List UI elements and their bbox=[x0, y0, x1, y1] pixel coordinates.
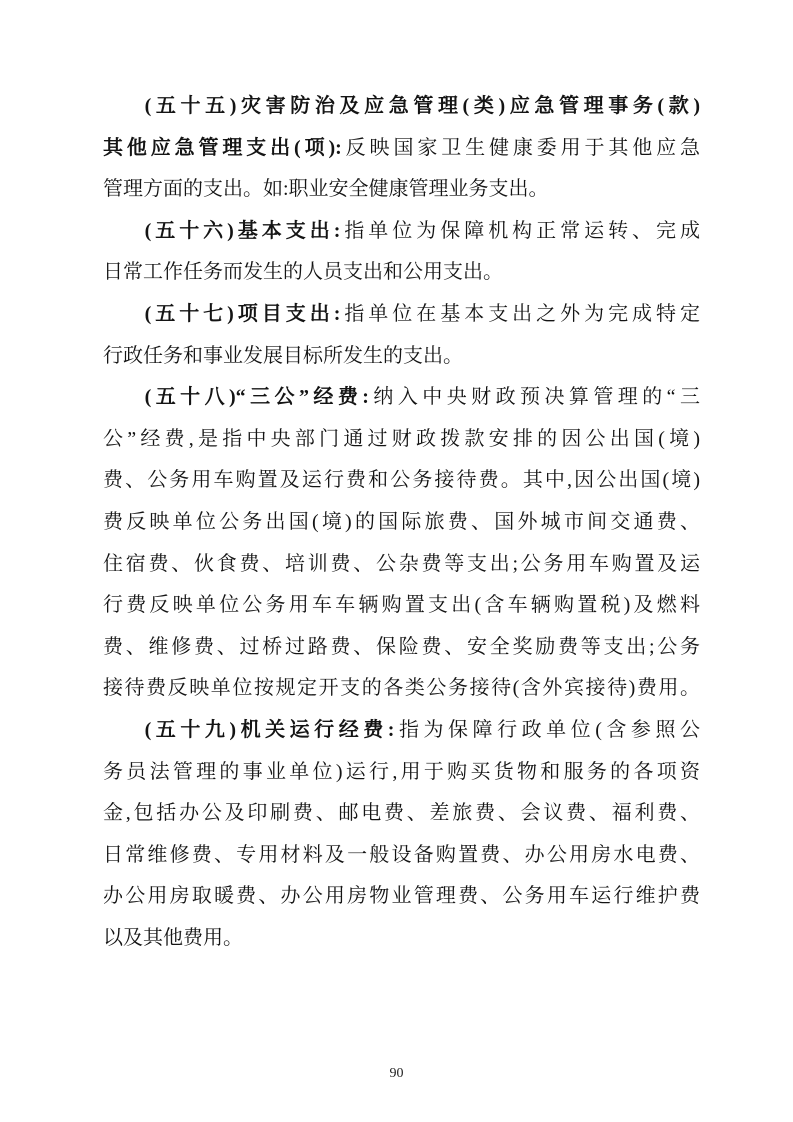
paragraph-body-text: 指单位在基本支出之外为完成特定 bbox=[340, 303, 700, 325]
paragraph-body-text: 管理方面的支出。如:职业安全健康管理业务支出。 bbox=[103, 178, 549, 200]
paragraph-body-text: 行费反映单位公务用车车辆购置支出(含车辆购置税)及燃料 bbox=[103, 594, 700, 616]
paragraph-body-text: 住宿费、伙食费、培训费、公杂费等支出;公务用车购置及运 bbox=[103, 553, 700, 575]
text-block: (五十五)灾害防治及应急管理(类)应急管理事务(款) 其他应急管理支出(项):反… bbox=[103, 86, 700, 959]
text-line: (五十九)机关运行经费:指为保障行政单位(含参照公 bbox=[103, 710, 700, 752]
text-line: (五十六)基本支出:指单位为保障机构正常运转、完成 bbox=[103, 211, 700, 253]
paragraph-body-text: 日常工作任务而发生的人员支出和公用支出。 bbox=[103, 261, 503, 283]
paragraph-lead-bold: (五十七)项目支出: bbox=[145, 303, 341, 325]
text-line: (五十八)“三公”经费:纳入中央财政预决算管理的“三 bbox=[103, 377, 700, 419]
paragraph-body-text: 接待费反映单位按规定开支的各类公务接待(含外宾接待)费用。 bbox=[103, 677, 700, 699]
page-number: 90 bbox=[0, 1066, 793, 1082]
paragraph-body-text: 行政任务和事业发展目标所发生的支出。 bbox=[103, 345, 463, 367]
text-line: 管理方面的支出。如:职业安全健康管理业务支出。 bbox=[103, 169, 700, 211]
text-line: 日常工作任务而发生的人员支出和公用支出。 bbox=[103, 252, 700, 294]
text-line: 行政任务和事业发展目标所发生的支出。 bbox=[103, 336, 700, 378]
paragraph-body-text: 务员法管理的事业单位)运行,用于购买货物和服务的各项资 bbox=[103, 761, 700, 783]
text-line: 费反映单位公务出国(境)的国际旅费、国外城市间交通费、 bbox=[103, 502, 700, 544]
paragraph-body-text: 以及其他费用。 bbox=[103, 927, 243, 949]
paragraph-lead-bold: (五十八)“三公”经费: bbox=[145, 386, 369, 408]
text-line: 行费反映单位公务用车车辆购置支出(含车辆购置税)及燃料 bbox=[103, 585, 700, 627]
text-line: (五十五)灾害防治及应急管理(类)应急管理事务(款) bbox=[103, 86, 700, 128]
paragraph-body-text: 费、公务用车购置及运行费和公务接待费。其中,因公出国(境) bbox=[103, 469, 700, 491]
paragraph-body-text: 办公用房取暖费、办公用房物业管理费、公务用车运行维护费 bbox=[103, 885, 700, 907]
text-line: 住宿费、伙食费、培训费、公杂费等支出;公务用车购置及运 bbox=[103, 544, 700, 586]
text-line: 日常维修费、专用材料及一般设备购置费、办公用房水电费、 bbox=[103, 835, 700, 877]
paragraph-body-text: 金,包括办公及印刷费、邮电费、差旅费、会议费、福利费、 bbox=[103, 802, 700, 824]
paragraph-lead-bold: (五十六)基本支出: bbox=[145, 220, 341, 242]
paragraph-body-text: 费反映单位公务出国(境)的国际旅费、国外城市间交通费、 bbox=[103, 511, 700, 533]
text-line: 务员法管理的事业单位)运行,用于购买货物和服务的各项资 bbox=[103, 752, 700, 794]
text-line: 费、维修费、过桥过路费、保险费、安全奖励费等支出;公务 bbox=[103, 627, 700, 669]
paragraph-body-text: 反映国家卫生健康委用于其他应急 bbox=[342, 137, 700, 159]
text-line: (五十七)项目支出:指单位在基本支出之外为完成特定 bbox=[103, 294, 700, 336]
paragraph-body-text: 公”经费,是指中央部门通过财政拨款安排的因公出国(境) bbox=[103, 428, 700, 450]
text-line: 公”经费,是指中央部门通过财政拨款安排的因公出国(境) bbox=[103, 419, 700, 461]
text-line: 其他应急管理支出(项):反映国家卫生健康委用于其他应急 bbox=[103, 128, 700, 170]
text-line: 办公用房取暖费、办公用房物业管理费、公务用车运行维护费 bbox=[103, 876, 700, 918]
paragraph-body-text: 费、维修费、过桥过路费、保险费、安全奖励费等支出;公务 bbox=[103, 636, 700, 658]
paragraph-lead-bold: (五十五)灾害防治及应急管理(类)应急管理事务(款) bbox=[145, 95, 700, 117]
paragraph-body-text: 指为保障行政单位(含参照公 bbox=[394, 719, 700, 741]
document-page: (五十五)灾害防治及应急管理(类)应急管理事务(款) 其他应急管理支出(项):反… bbox=[0, 0, 793, 1122]
paragraph-lead-bold: (五十九)机关运行经费: bbox=[145, 719, 395, 741]
text-line: 金,包括办公及印刷费、邮电费、差旅费、会议费、福利费、 bbox=[103, 793, 700, 835]
paragraph-lead-bold: 其他应急管理支出(项): bbox=[103, 137, 342, 159]
text-line: 接待费反映单位按规定开支的各类公务接待(含外宾接待)费用。 bbox=[103, 668, 700, 710]
text-line: 以及其他费用。 bbox=[103, 918, 700, 960]
paragraph-body-text: 纳入中央财政预决算管理的“三 bbox=[369, 386, 700, 408]
paragraph-body-text: 指单位为保障机构正常运转、完成 bbox=[340, 220, 700, 242]
paragraph-body-text: 日常维修费、专用材料及一般设备购置费、办公用房水电费、 bbox=[103, 844, 700, 866]
text-line: 费、公务用车购置及运行费和公务接待费。其中,因公出国(境) bbox=[103, 460, 700, 502]
